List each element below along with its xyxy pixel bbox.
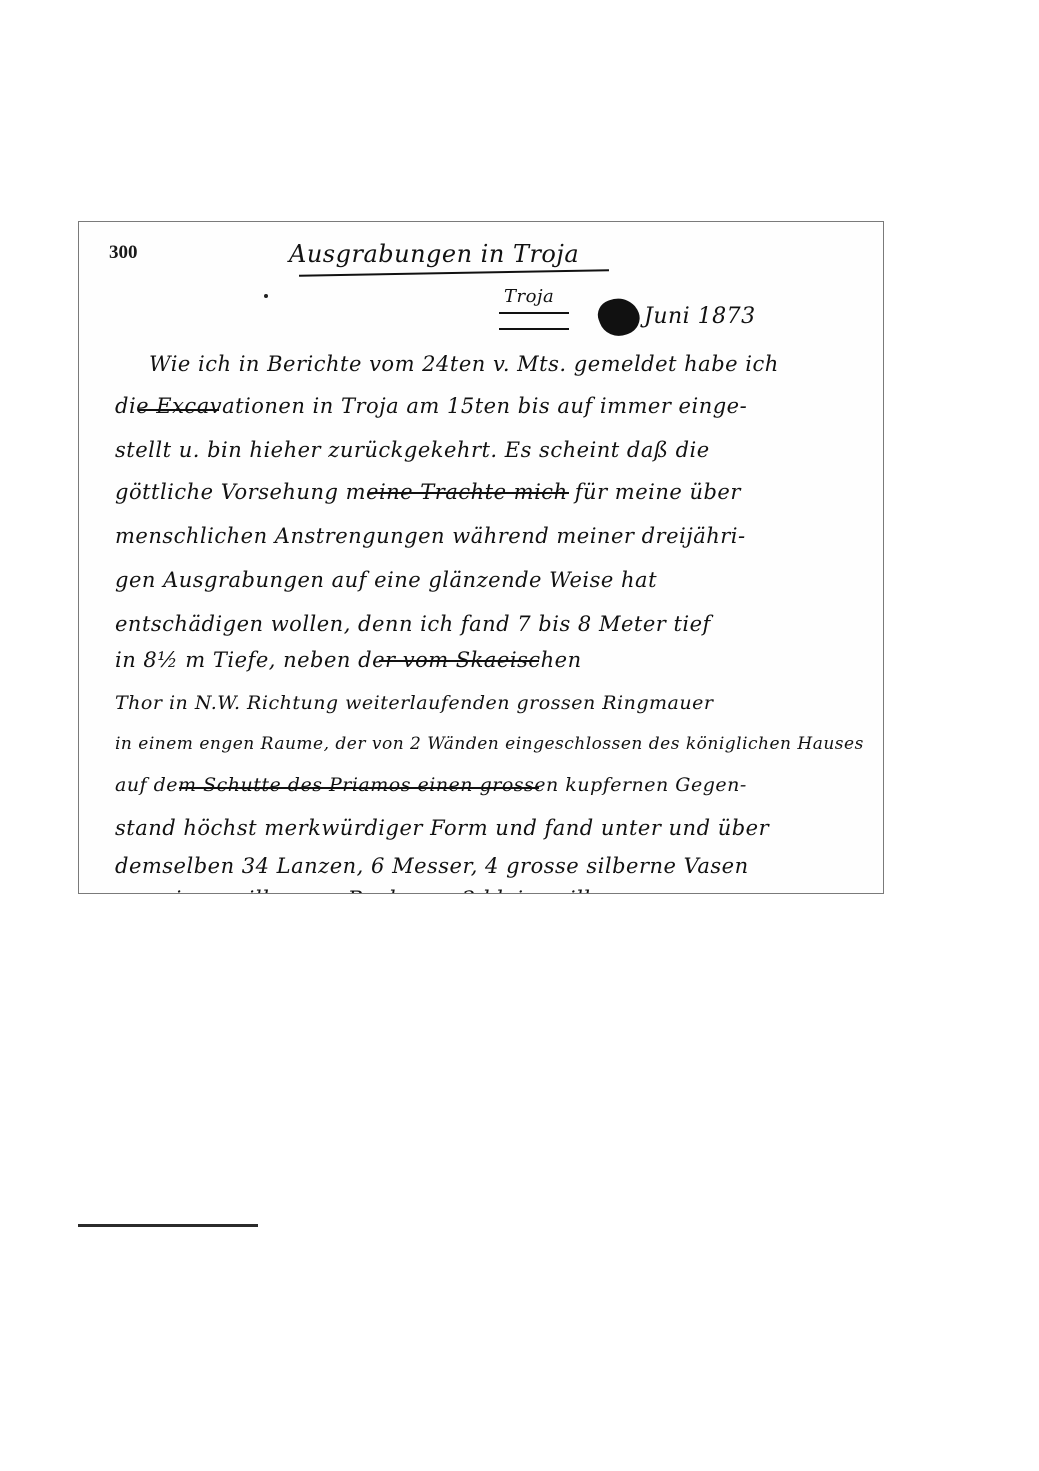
ink-speck [264, 294, 268, 298]
manuscript-line: die Excavationen in Troja am 15ten bis a… [115, 394, 747, 418]
manuscript-line: demselben 34 Lanzen, 6 Messer, 4 grosse … [115, 854, 749, 878]
manuscript-line: auf dem Schutte des Priamos einen grosse… [115, 774, 747, 796]
page-number: 300 [109, 242, 138, 264]
place-underline [499, 312, 569, 314]
ink-blot [594, 292, 645, 341]
strikethrough [379, 660, 539, 662]
manuscript-line: Thor in N.W. Richtung weiterlaufenden gr… [115, 692, 713, 714]
manuscript-line: von einem silbernen Becher u. 2 kleine s… [115, 887, 648, 894]
manuscript-date: Juni 1873 [644, 304, 756, 329]
manuscript-line: Wie ich in Berichte vom 24ten v. Mts. ge… [149, 352, 779, 376]
manuscript-line: stand höchst merkwürdiger Form und fand … [115, 816, 769, 840]
manuscript-figure: 300 Ausgrabungen in Troja Troja Juni 187… [78, 221, 884, 894]
place-strikethrough [499, 328, 569, 330]
footnote-separator [78, 1224, 258, 1227]
manuscript-place: Troja [504, 286, 554, 307]
title-underline [299, 269, 609, 276]
strikethrough [369, 492, 569, 494]
strikethrough [139, 409, 219, 411]
strikethrough [179, 787, 539, 789]
manuscript-line: in einem engen Raume, der von 2 Wänden e… [115, 734, 864, 754]
manuscript-line: gen Ausgrabungen auf eine glänzende Weis… [115, 568, 657, 592]
manuscript-line: menschlichen Anstrengungen während meine… [115, 524, 746, 548]
manuscript-title: Ausgrabungen in Troja [289, 240, 579, 268]
manuscript-line: entschädigen wollen, denn ich fand 7 bis… [115, 612, 711, 636]
manuscript-line: stellt u. bin hieher zurückgekehrt. Es s… [115, 438, 710, 462]
